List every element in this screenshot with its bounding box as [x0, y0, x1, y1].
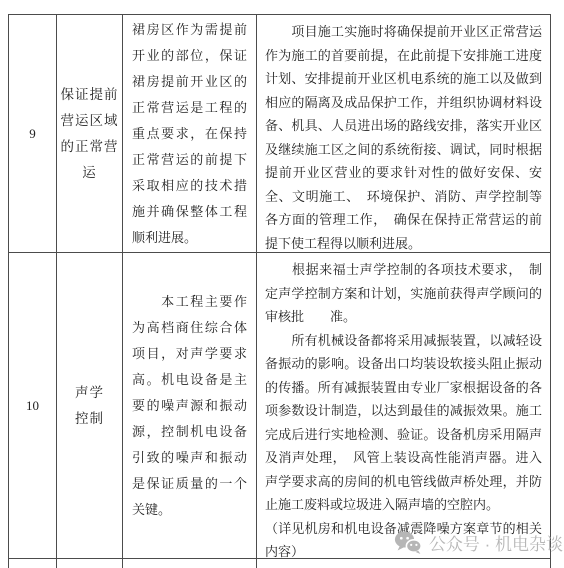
- requirements-table: 9 保证提前营运区域的正常营运 裙房区作为需提前开业的部位，保证裙房提前开业区的…: [8, 14, 551, 568]
- row9-detail-cell: 项目施工实施时将确保提前开业区正常营运作为施工的首要前提，在此前提下安排施工进度…: [257, 15, 550, 252]
- partial-cell: [9, 559, 57, 568]
- wechat-icon: [394, 531, 422, 555]
- table-row-10: 10 声学控制 本工程主要作为高档商住综合体项目，对声学要求高。机电设备是主要的…: [9, 253, 550, 559]
- watermark: 公众号 · 机电杂谈: [394, 530, 563, 555]
- row-summary: 本工程主要作为高档商住综合体项目，对声学要求高。机电设备是主要的噪声源和振动源，…: [132, 289, 247, 523]
- table-row-9: 9 保证提前营运区域的正常营运 裙房区作为需提前开业的部位，保证裙房提前开业区的…: [9, 15, 550, 253]
- row10-summary-cell: 本工程主要作为高档商住综合体项目，对声学要求高。机电设备是主要的噪声源和振动源，…: [123, 253, 257, 558]
- watermark-text: 公众号 · 机电杂谈: [429, 530, 563, 555]
- row9-title-cell: 保证提前营运区域的正常营运: [57, 15, 123, 252]
- partial-cell: [57, 559, 123, 568]
- row-title: 保证提前营运区域的正常营运: [60, 82, 120, 186]
- table-row-partial: [9, 559, 550, 568]
- row-detail-paragraph: 所有机械设备都将采用减振装置，以减轻设备振动的影响。设备出口均装设软接头阻止振动…: [265, 329, 542, 517]
- partial-cell: [123, 559, 257, 568]
- row9-summary-cell: 裙房区作为需提前开业的部位，保证裙房提前开业区的正常营运是工程的重点要求，在保持…: [123, 15, 257, 252]
- row-detail-paragraph: 根据来福士声学控制的各项技术要求， 制定声学控制方案和计划，实施前获得声学顾问的…: [265, 258, 542, 329]
- document-page: 9 保证提前营运区域的正常营运 裙房区作为需提前开业的部位，保证裙房提前开业区的…: [0, 0, 564, 568]
- row10-title-cell: 声学控制: [57, 253, 123, 558]
- row-detail-paragraph: 项目施工实施时将确保提前开业区正常营运作为施工的首要前提，在此前提下安排施工进度…: [265, 20, 542, 252]
- partial-cell: [257, 559, 550, 568]
- row-summary: 裙房区作为需提前开业的部位，保证裙房提前开业区的正常营运是工程的重点要求，在保持…: [132, 17, 247, 251]
- row9-number-cell: 9: [9, 15, 57, 252]
- row-number: 10: [26, 398, 39, 414]
- row-title: 声学控制: [75, 380, 105, 432]
- row10-number-cell: 10: [9, 253, 57, 558]
- row10-detail-cell: 根据来福士声学控制的各项技术要求， 制定声学控制方案和计划，实施前获得声学顾问的…: [257, 253, 550, 558]
- row-number: 9: [29, 126, 36, 142]
